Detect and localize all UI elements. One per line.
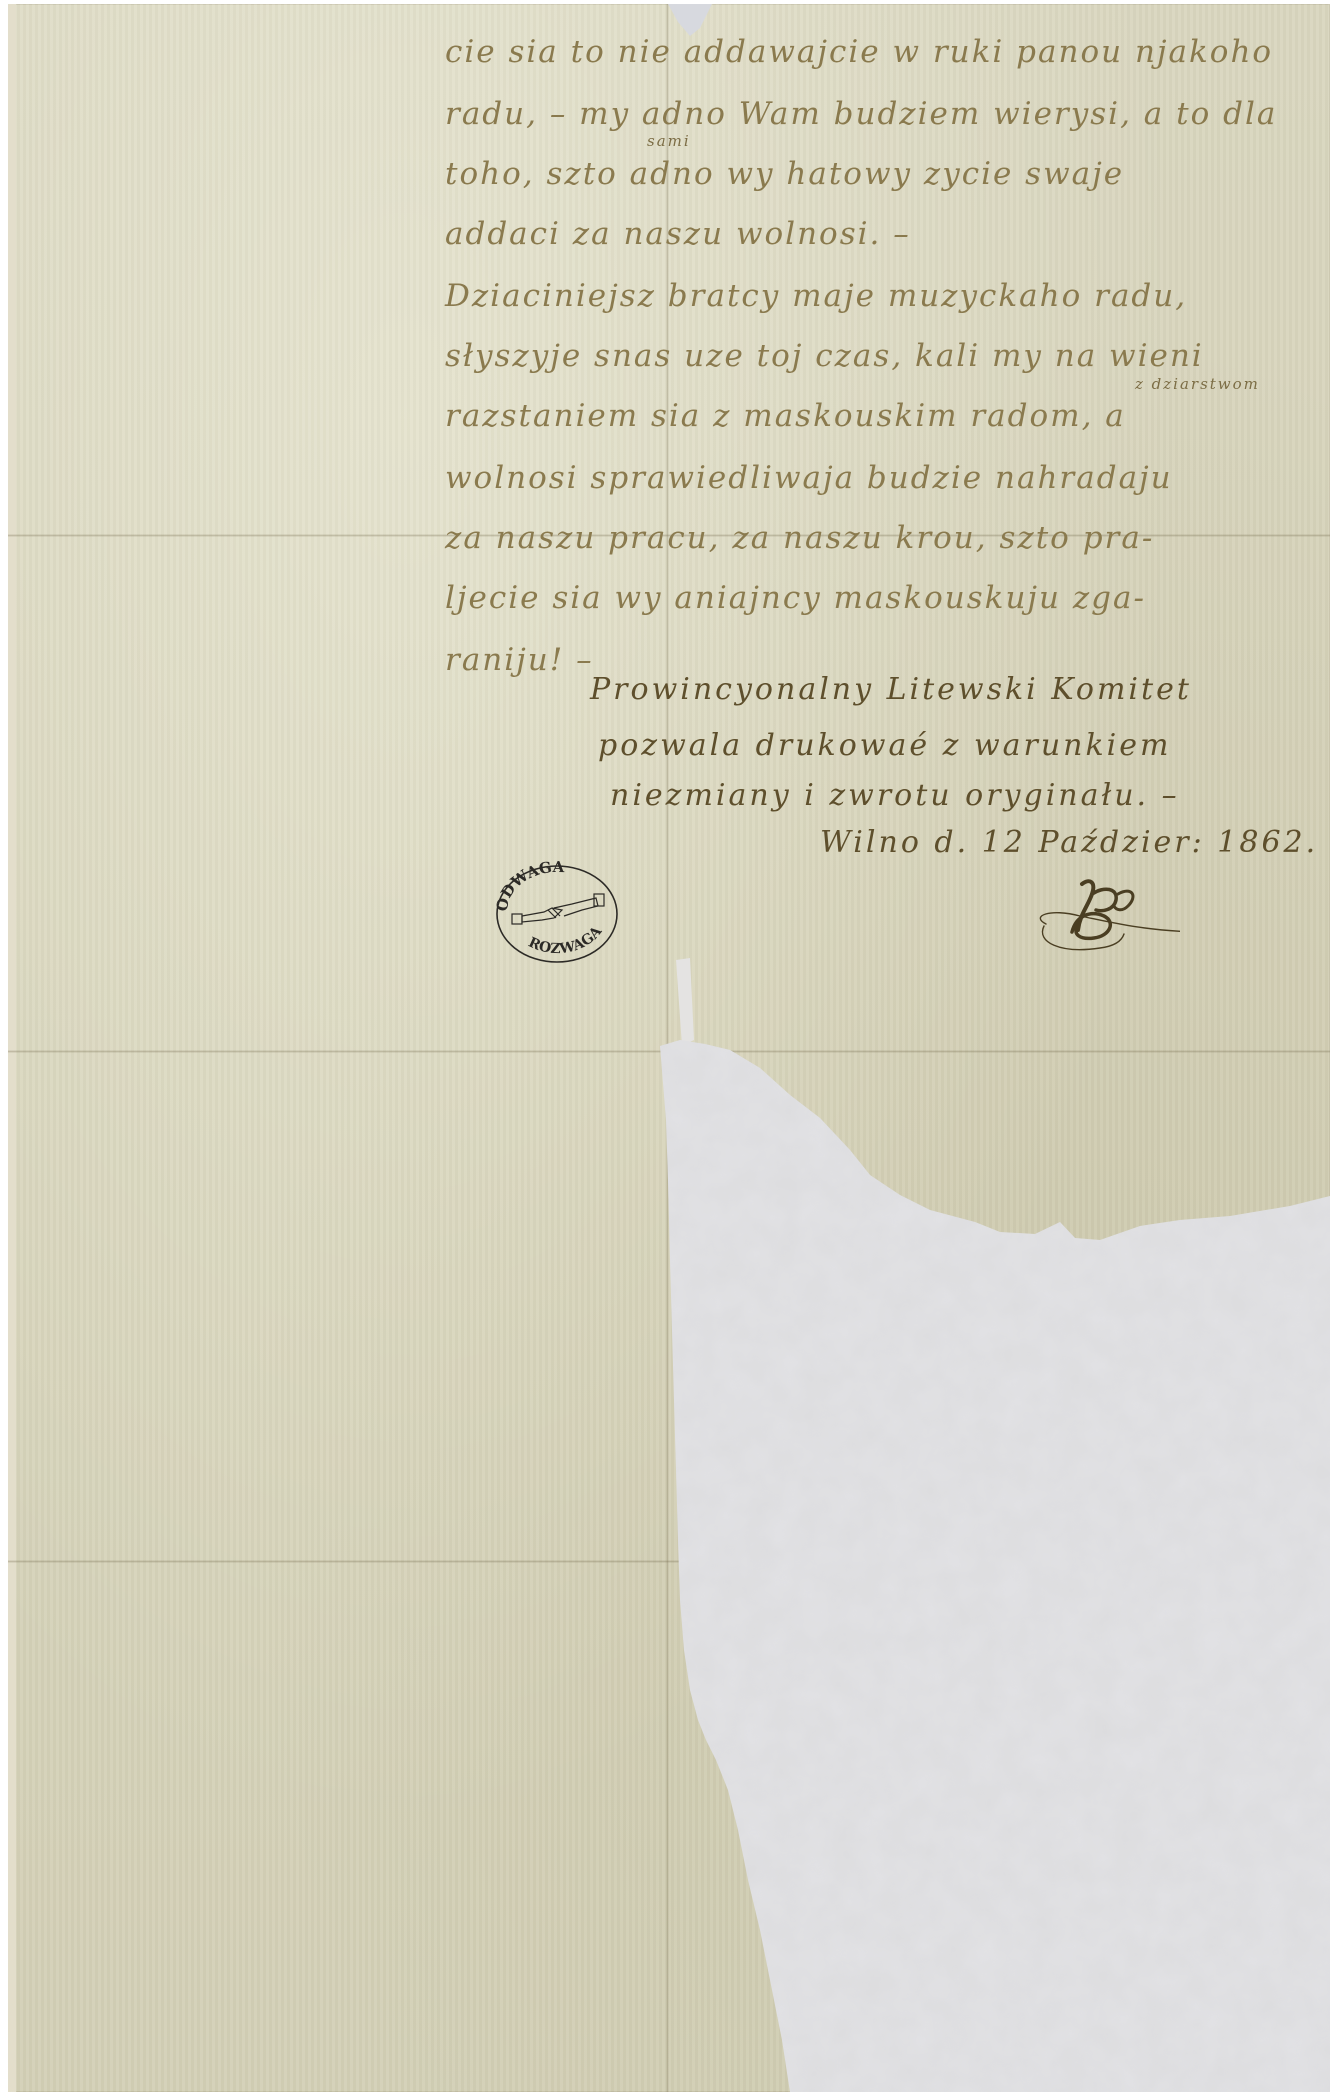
scan-bottom-margin <box>0 2092 1343 2100</box>
body-line-1: cie sia to nie addawajcie w ruki panou n… <box>445 34 1273 70</box>
body-line-4: addaci za naszu wolnosi. – <box>445 216 911 252</box>
torn-repair-area <box>0 0 1343 2100</box>
body-line-11: raniju! – <box>445 642 594 678</box>
body-line-8: wolnosi sprawiedliwaja budzie nahradaju <box>445 460 1173 496</box>
committee-line: Prowincyonalny Litewski Komitet <box>590 672 1192 707</box>
body-line-5: Dziaciniejsz bratcy maje muzyckaho radu, <box>445 278 1187 314</box>
monogram-signature-icon <box>1020 872 1180 962</box>
body-line-6: słyszyje snas uze toj czas, kali my na w… <box>445 338 1204 374</box>
interlinear-insertion-1: sami <box>647 132 691 150</box>
odwaga-rozwaga-stamp: ODWAGA ROZWAGA <box>492 860 622 968</box>
stamp-top-text: ODWAGA <box>493 860 565 913</box>
interlinear-insertion-2: z dziarstwom <box>1135 375 1260 393</box>
body-line-9: za naszu pracu, za naszu krou, szto pra- <box>445 520 1154 556</box>
condition-line: niezmiany i zwrotu oryginału. – <box>610 778 1180 813</box>
body-line-2: radu, – my adno Wam budziem wierysi, a t… <box>445 96 1277 132</box>
place-date-line: Wilno d. 12 Paździer: 1862. <box>820 825 1318 860</box>
body-line-10: ljecie sia wy aniajncy maskouskuju zga- <box>445 580 1146 616</box>
clasped-hands-icon <box>512 894 604 924</box>
body-line-3: toho, szto adno wy hatowy zycie swaje <box>445 156 1124 192</box>
permission-line: pozwala drukowaé z warunkiem <box>598 728 1171 763</box>
body-line-7: razstaniem sia z maskouskim radom, a <box>445 398 1126 434</box>
